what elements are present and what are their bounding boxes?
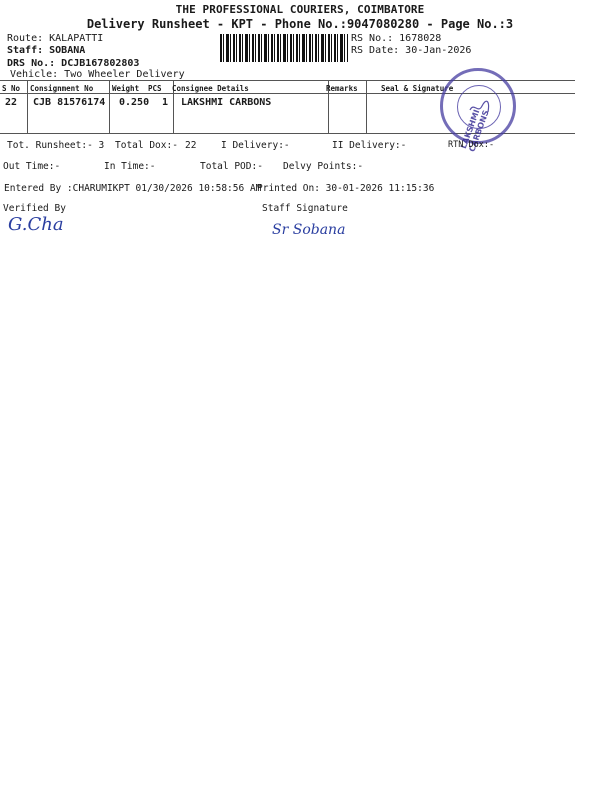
verified-by-label: Verified By [3, 203, 66, 214]
column-header-consignment: Consignment No [30, 84, 93, 93]
col-divider [27, 80, 28, 133]
delvy-points: Delvy Points:- [283, 161, 363, 172]
i-delivery: I Delivery:- [221, 140, 290, 151]
verified-signature: G.Cha [8, 214, 64, 235]
rs-number: RS No.: 1678028 [351, 33, 441, 44]
cell-consignment-no: CJB 81576174 [33, 97, 105, 108]
company-title: THE PROFESSIONAL COURIERS, COIMBATORE [0, 3, 600, 16]
total-pod: Total POD:- [200, 161, 263, 172]
company-seal-stamp: LAKSHMI CARBONS [440, 68, 516, 144]
total-dox-value: 22 [185, 140, 196, 151]
rs-date: RS Date: 30-Jan-2026 [351, 45, 471, 56]
entered-by: Entered By :CHARUMIKPT 01/30/2026 10:58:… [4, 183, 261, 194]
cell-pcs: 1 [162, 97, 168, 108]
cell-sno: 22 [5, 97, 17, 108]
col-divider [109, 80, 110, 133]
staff-label: Staff: SOBANA [7, 45, 85, 56]
col-divider [366, 80, 367, 133]
column-header-weight: Weight [112, 84, 139, 93]
staff-signature: Sr Sobana [272, 222, 345, 238]
staff-signature-label: Staff Signature [262, 203, 348, 214]
route-label: Route: KALAPATTI [7, 33, 103, 44]
in-time: In Time:- [104, 161, 155, 172]
runsheet-subtitle: Delivery Runsheet - KPT - Phone No.:9047… [0, 17, 600, 31]
cell-consignee: LAKSHMI CARBONS [181, 97, 271, 108]
cell-weight: 0.250 [119, 97, 149, 108]
column-header-remarks: Remarks [326, 84, 358, 93]
tot-runsheet: Tot. Runsheet:- 3 [7, 140, 104, 151]
column-header-sno: S No [2, 84, 20, 93]
out-time: Out Time:- [3, 161, 60, 172]
drs-number: DRS No.: DCJB167802803 [7, 58, 139, 69]
rtn-dox: RTN Dox:- [448, 140, 494, 150]
printed-on: Printed On: 30-01-2026 11:15:36 [257, 183, 434, 194]
vehicle-label: Vehicle: Two Wheeler Delivery [10, 69, 185, 80]
barcode-icon [220, 34, 348, 62]
column-header-consignee: Consignee Details [172, 84, 249, 93]
total-dox-label: Total Dox:- [115, 140, 178, 151]
column-header-pcs: PCS [148, 84, 162, 93]
ii-delivery: II Delivery:- [332, 140, 406, 151]
